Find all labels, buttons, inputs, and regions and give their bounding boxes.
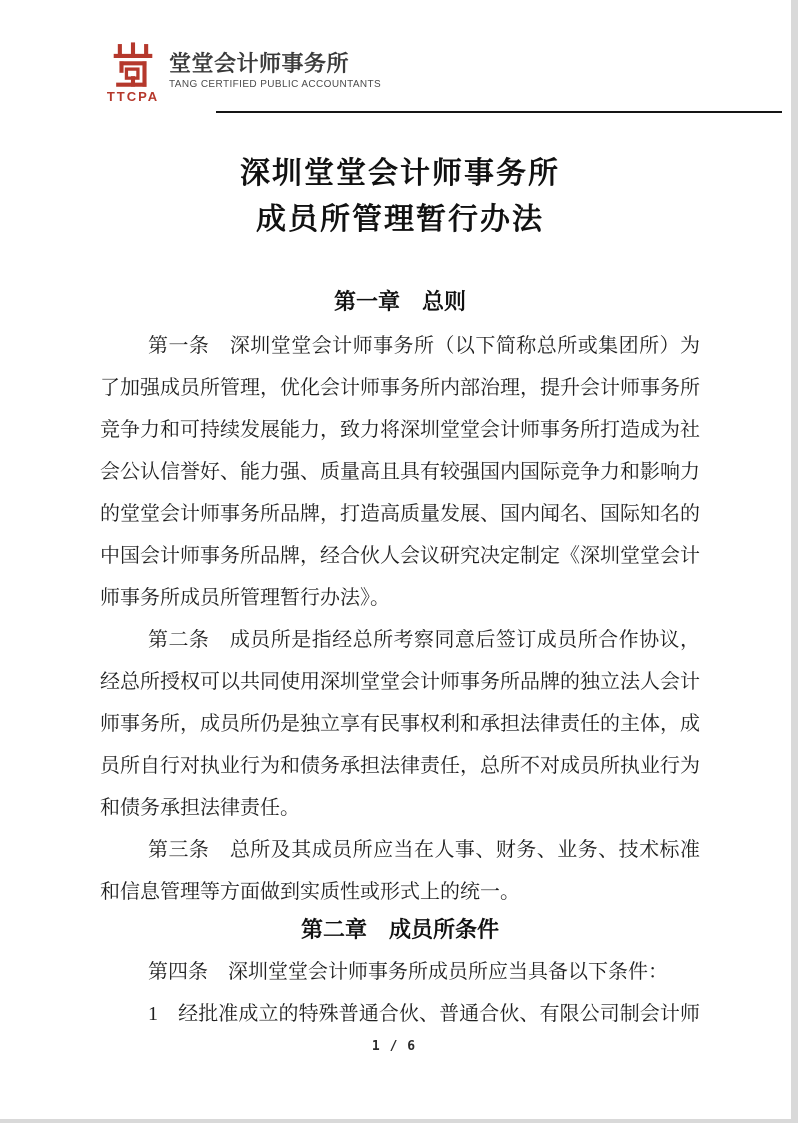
document-title: 深圳堂堂会计师事务所 成员所管理暂行办法 xyxy=(100,151,700,243)
company-name-en: TANG CERTIFIED PUBLIC ACCOUNTANTS xyxy=(169,79,381,90)
page-edge-bottom xyxy=(0,1119,798,1123)
document-title-line-2: 成员所管理暂行办法 xyxy=(100,197,700,243)
condition-item-1: 1 经批准成立的特殊普通合伙、普通合伙、有限公司制会计师 xyxy=(100,993,700,1035)
document-page: { "meta": { "brand_color": "#b5382c", "r… xyxy=(0,0,798,1123)
seal-column: TTCPA xyxy=(108,42,158,104)
article-4-paragraph: 第四条 深圳堂堂会计师事务所成员所应当具备以下条件： xyxy=(100,951,700,993)
company-logo: TTCPA 堂堂会计师事务所 TANG CERTIFIED PUBLIC ACC… xyxy=(108,42,798,104)
chapter-2-heading: 第二章 成员所条件 xyxy=(100,915,700,945)
document-body: 深圳堂堂会计师事务所 成员所管理暂行办法 第一章 总则 第一条 深圳堂堂会计师事… xyxy=(0,151,798,1035)
page-edge-right xyxy=(791,0,798,1123)
logo-acronym: TTCPA xyxy=(107,89,159,104)
article-1-paragraph: 第一条 深圳堂堂会计师事务所（以下简称总所或集团所）为了加强成员所管理，优化会计… xyxy=(100,325,700,619)
letterhead: TTCPA 堂堂会计师事务所 TANG CERTIFIED PUBLIC ACC… xyxy=(0,0,798,113)
page-number: 1 / 6 xyxy=(372,1039,416,1054)
article-3-paragraph: 第三条 总所及其成员所应当在人事、财务、业务、技术标准和信息管理等方面做到实质性… xyxy=(100,829,700,913)
tang-seal-icon xyxy=(112,42,154,88)
document-title-line-1: 深圳堂堂会计师事务所 xyxy=(100,151,700,197)
article-2-paragraph: 第二条 成员所是指经总所考察同意后签订成员所合作协议，经总所授权可以共同使用深圳… xyxy=(100,619,700,829)
letterhead-divider xyxy=(216,111,782,113)
logo-name-block: 堂堂会计师事务所 TANG CERTIFIED PUBLIC ACCOUNTAN… xyxy=(169,42,381,90)
page-footer: 1 / 6 xyxy=(0,1037,788,1055)
company-name-cn: 堂堂会计师事务所 xyxy=(169,52,381,76)
chapter-1-heading: 第一章 总则 xyxy=(100,287,700,317)
